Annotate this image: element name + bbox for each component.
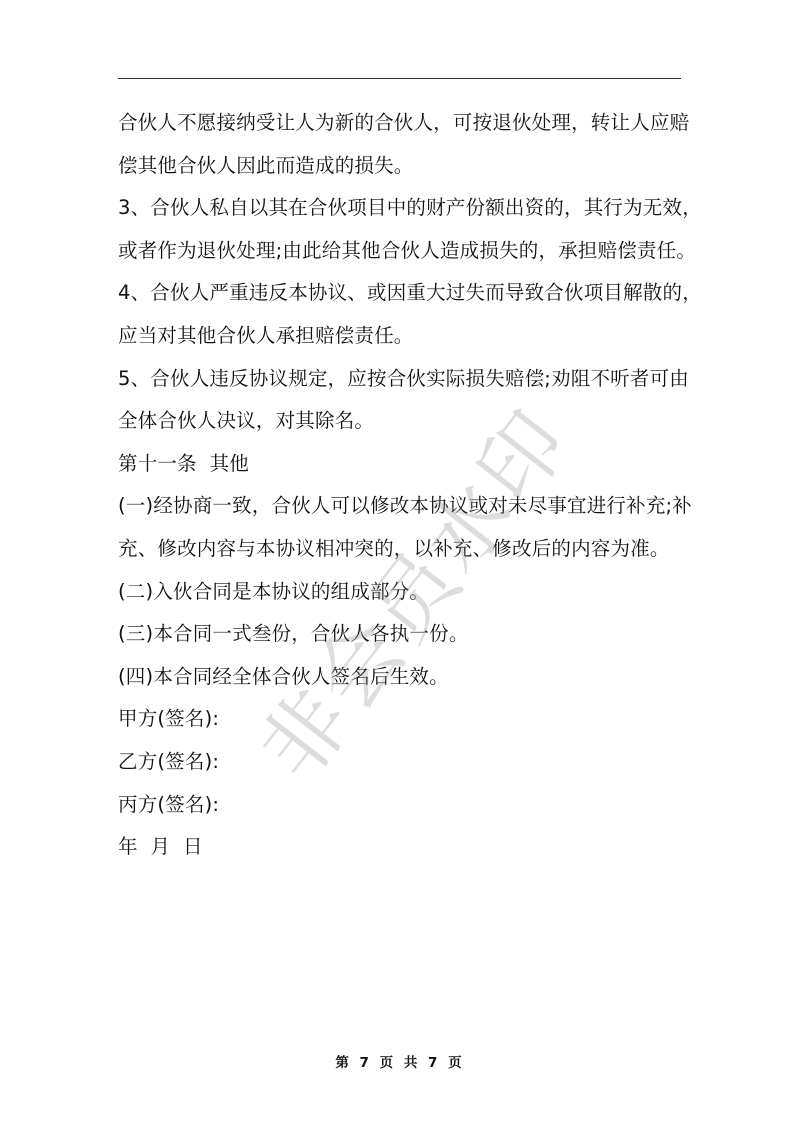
clause-5-line: 全体合伙人决议，对其除名。 — [118, 400, 684, 443]
signature-party-b: 乙方(签名): — [118, 741, 684, 784]
header-divider — [118, 78, 681, 79]
article-11-item-3: (三)本合同一式叁份，合伙人各执一份。 — [118, 613, 684, 656]
document-page: 合伙人不愿接纳受让人为新的合伙人，可按退伙处理，转让人应赔 偿其他合伙人因此而造… — [0, 0, 800, 1131]
clause-5-line: 5、合伙人违反协议规定，应按合伙实际损失赔偿;劝阻不听者可由 — [118, 358, 684, 401]
signature-party-a: 甲方(签名): — [118, 698, 684, 741]
page-number: 第 7 页 共 7 页 — [0, 1051, 800, 1071]
signature-party-c: 丙方(签名): — [118, 784, 684, 827]
article-11-heading: 第十一条 其他 — [118, 443, 684, 486]
clause-4-line: 应当对其他合伙人承担赔偿责任。 — [118, 315, 684, 358]
article-11-item-1-line: (一)经协商一致，合伙人可以修改本协议或对未尽事宜进行补充;补 — [118, 485, 684, 528]
document-body: 合伙人不愿接纳受让人为新的合伙人，可按退伙处理，转让人应赔 偿其他合伙人因此而造… — [118, 102, 684, 869]
paragraph-line: 偿其他合伙人因此而造成的损失。 — [118, 145, 684, 188]
article-11-item-4: (四)本合同经全体合伙人签名后生效。 — [118, 656, 684, 699]
signature-date: 年 月 日 — [118, 826, 684, 869]
clause-4-line: 4、合伙人严重违反本协议、或因重大过失而导致合伙项目解散的， — [118, 272, 684, 315]
clause-3-line: 或者作为退伙处理;由此给其他合伙人造成损失的，承担赔偿责任。 — [118, 230, 684, 273]
paragraph-line: 合伙人不愿接纳受让人为新的合伙人，可按退伙处理，转让人应赔 — [118, 102, 684, 145]
article-11-item-2: (二)入伙合同是本协议的组成部分。 — [118, 571, 684, 614]
clause-3-line: 3、合伙人私自以其在合伙项目中的财产份额出资的，其行为无效， — [118, 187, 684, 230]
article-11-item-1-line: 充、修改内容与本协议相冲突的，以补充、修改后的内容为准。 — [118, 528, 684, 571]
